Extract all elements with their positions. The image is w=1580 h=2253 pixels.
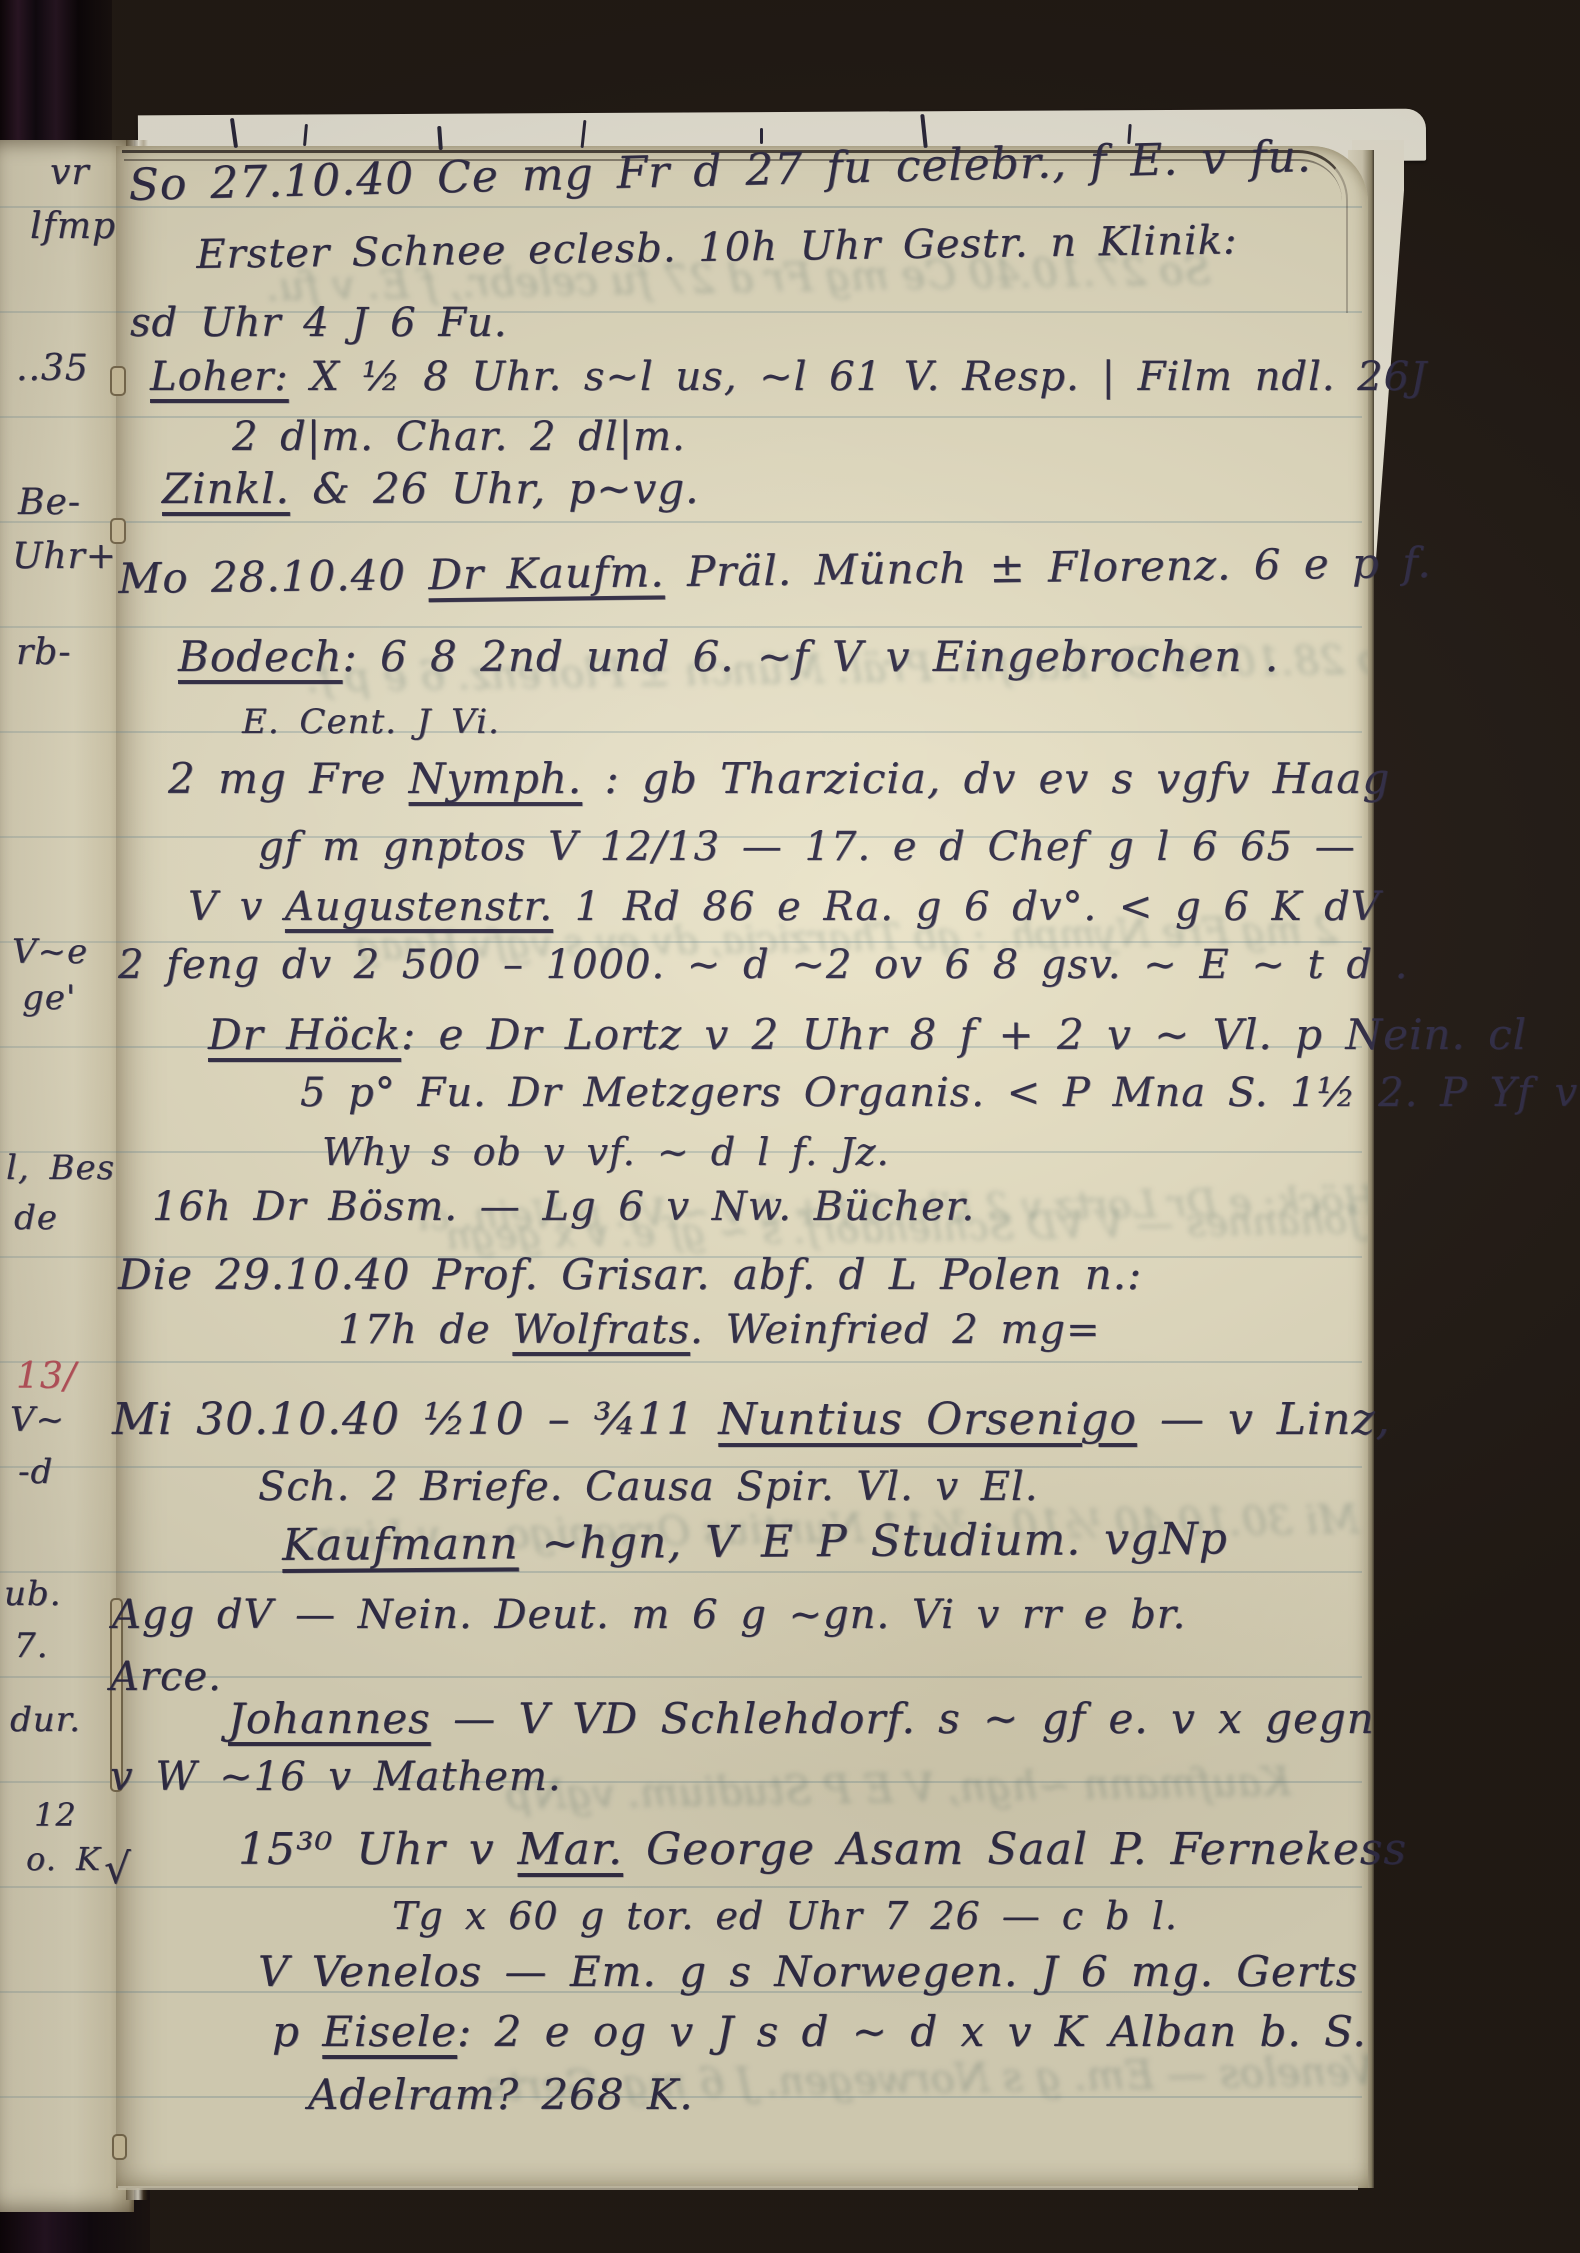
margin-fragment: lfmp: [30, 206, 116, 247]
handwritten-line: Adelram? 268 K.: [308, 2070, 694, 2119]
handwritten-line: v W ~16 v Mathem.: [110, 1754, 562, 1800]
margin-fragment: 12: [34, 1796, 77, 1834]
handwritten-line: 15³⁰ Uhr v Mar. George Asam Saal P. Fern…: [238, 1824, 1407, 1875]
margin-fragment: rb-: [16, 632, 71, 673]
handwritten-line: V Venelos — Em. g s Norwegen. J 6 mg. Ge…: [258, 1947, 1358, 1996]
margin-fragment: ub.: [4, 1574, 61, 1614]
handwritten-line: Bodech: 6 8 2nd und 6. ~f V v Eingebroch…: [178, 632, 1279, 681]
binding-stitch: [110, 366, 126, 396]
margin-fragment: V~: [10, 1400, 65, 1440]
margin-fragment: ..35: [16, 348, 89, 389]
margin-fragment: de: [14, 1198, 58, 1238]
handwritten-line: 5 p° Fu. Dr Metzgers Organis. < P Mna S.…: [300, 1070, 1578, 1116]
handwritten-line: Loher: X ½ 8 Uhr. s~l us, ~l 61 V. Resp.…: [150, 354, 1427, 400]
handwritten-line: Agg dV — Nein. Deut. m 6 g ~gn. Vi v rr …: [112, 1592, 1186, 1638]
handwritten-line: 2 d|m. Char. 2 dl|m.: [232, 414, 686, 460]
margin-fragment: l, Bes: [6, 1148, 115, 1188]
margin-fragment: vr: [50, 152, 90, 193]
handwritten-line: Zinkl. & 26 Uhr, p~vg.: [162, 464, 699, 513]
book-cover-edge: [0, 0, 112, 160]
handwritten-line: Dr Höck: e Dr Lortz v 2 Uhr 8 f + 2 v ~ …: [208, 1010, 1527, 1059]
margin-fragment: 7.: [14, 1626, 48, 1666]
binding-stitch: [112, 2134, 127, 2160]
handwritten-line: Sch. 2 Briefe. Causa Spir. Vl. v El.: [258, 1464, 1038, 1510]
handwritten-line: 2 mg Fre Nymph. : gb Tharzicia, dv ev s …: [168, 754, 1390, 803]
handwritten-line: Tg x 60 g tor. ed Uhr 7 26 — c b l.: [392, 1894, 1178, 1938]
handwritten-line: V v Augustenstr. 1 Rd 86 e Ra. g 6 dv°. …: [188, 884, 1381, 930]
margin-fragment: dur.: [10, 1700, 81, 1740]
margin-fragment: o. K: [26, 1840, 101, 1878]
margin-fragment: ge': [22, 978, 76, 1018]
handwritten-line: E. Cent. J Vi.: [242, 702, 500, 742]
margin-fragment: V~e: [12, 932, 88, 972]
page-bottom-edge: [118, 2186, 1358, 2190]
margin-fragment: Be-: [18, 482, 81, 523]
handwritten-line: Die 29.10.40 Prof. Grisar. abf. d L Pole…: [118, 1250, 1142, 1299]
handwritten-line: 16h Dr Bösm. — Lg 6 v Nw. Bücher.: [152, 1184, 975, 1230]
cutoff-ink-stroke: [760, 128, 763, 144]
handwritten-line: p Eisele: 2 e og v J s d ~ d x v K Alban…: [272, 2007, 1367, 2056]
margin-fragment: -d: [18, 1452, 53, 1492]
handwritten-line: 17h de Wolfrats. Weinfried 2 mg=: [338, 1307, 1100, 1353]
handwritten-line: Why s ob v vf. ~ d l f. Jz.: [322, 1130, 890, 1174]
handwritten-line: Kaufmann ~hgn, V E P Studium. vgNp: [282, 1513, 1228, 1571]
margin-fragment: 13/: [16, 1356, 77, 1397]
handwritten-line: Johannes — V VD Schlehdorf. s ~ gf e. v …: [228, 1694, 1375, 1743]
handwritten-line: Arce.: [110, 1654, 222, 1700]
checkmark: √: [104, 1844, 132, 1893]
handwritten-line: gf m gnptos V 12/13 — 17. e d Chef g l 6…: [258, 824, 1356, 870]
handwritten-line: Mi 30.10.40 ½10 – ¾11 Nuntius Orsenigo —…: [112, 1394, 1391, 1445]
handwritten-line: 2 feng dv 2 500 – 1000. ~ d ~2 ov 6 8 gs…: [118, 942, 1408, 988]
handwritten-line: sd Uhr 4 J 6 Fu.: [130, 300, 507, 346]
diary-photo: So 27.10.40 Ce mg Fr d 27 fu celebr., f …: [0, 0, 1580, 2253]
margin-fragment: Uhr+: [12, 536, 117, 577]
